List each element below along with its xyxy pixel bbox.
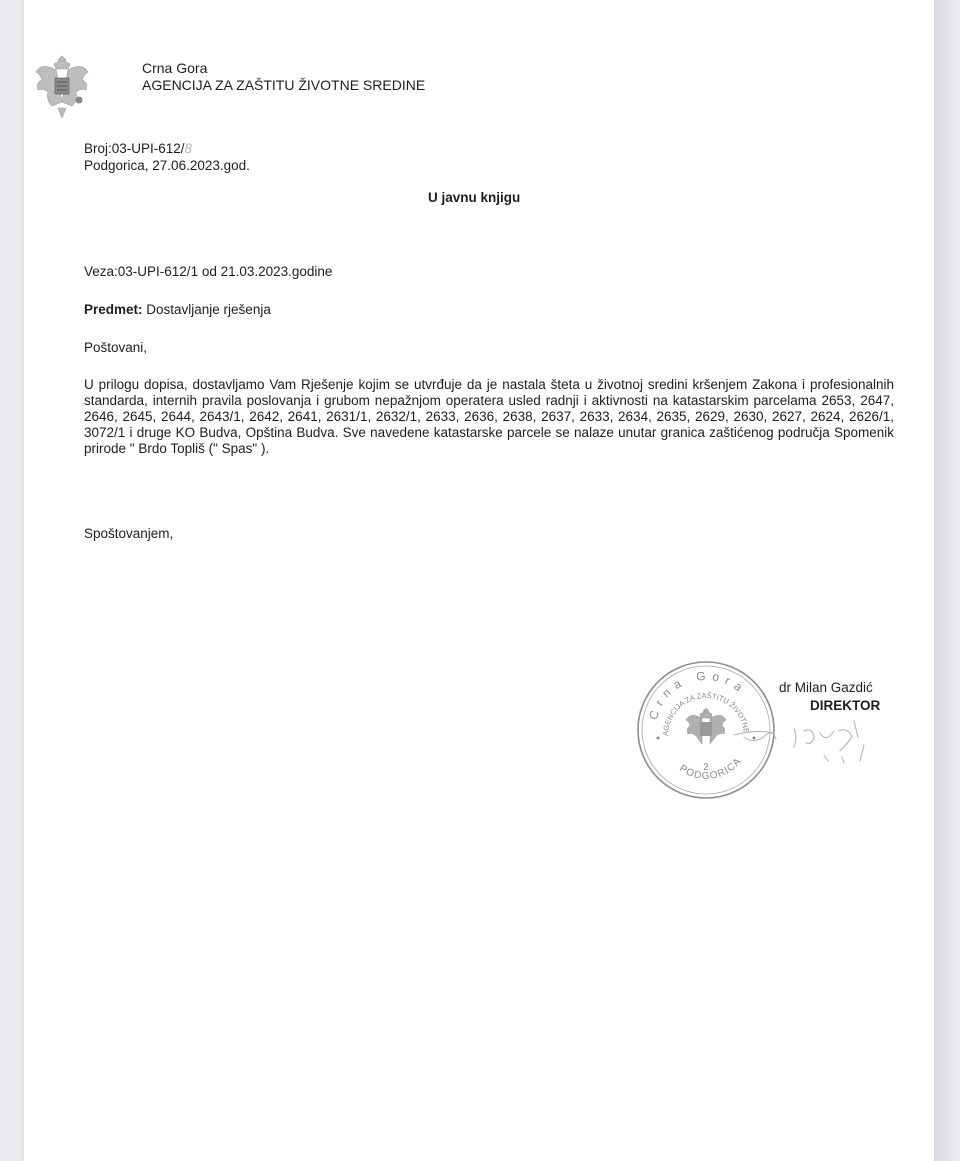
- svg-text:2: 2: [703, 762, 709, 773]
- handwritten-signature-icon: [724, 715, 894, 775]
- place-date: Podgorica, 27.06.2023.god.: [84, 157, 250, 174]
- reference-number: Broj:03-UPI-612/8: [84, 140, 250, 157]
- signer-name: dr Milan Gazdić: [779, 680, 873, 695]
- subject-line: Predmet: Dostavljanje rješenja: [84, 302, 271, 317]
- montenegro-coat-of-arms-icon: [32, 52, 92, 122]
- letterhead: Crna Gora AGENCIJA ZA ZAŠTITU ŽIVOTNE SR…: [142, 60, 425, 94]
- signer-title: DIREKTOR: [810, 698, 880, 713]
- closing: Spoštovanjem,: [84, 526, 173, 541]
- link-reference: Veza:03-UPI-612/1 od 21.03.2023.godine: [84, 264, 332, 279]
- public-book-heading: U javnu knjigu: [428, 190, 520, 205]
- country-name: Crna Gora: [142, 60, 425, 77]
- reference-block: Broj:03-UPI-612/8 Podgorica, 27.06.2023.…: [84, 140, 250, 174]
- body-paragraph: U prilogu dopisa, dostavljamo Vam Rješen…: [84, 377, 894, 457]
- subject-label: Predmet:: [84, 302, 143, 317]
- viewer-edge: [934, 0, 960, 1161]
- agency-name: AGENCIJA ZA ZAŠTITU ŽIVOTNE SREDINE: [142, 77, 425, 94]
- handwritten-number: 8: [185, 141, 193, 156]
- salutation: Poštovani,: [84, 340, 147, 355]
- subject-value: Dostavljanje rješenja: [143, 302, 271, 317]
- document-page: Crna Gora AGENCIJA ZA ZAŠTITU ŽIVOTNE SR…: [24, 0, 934, 1161]
